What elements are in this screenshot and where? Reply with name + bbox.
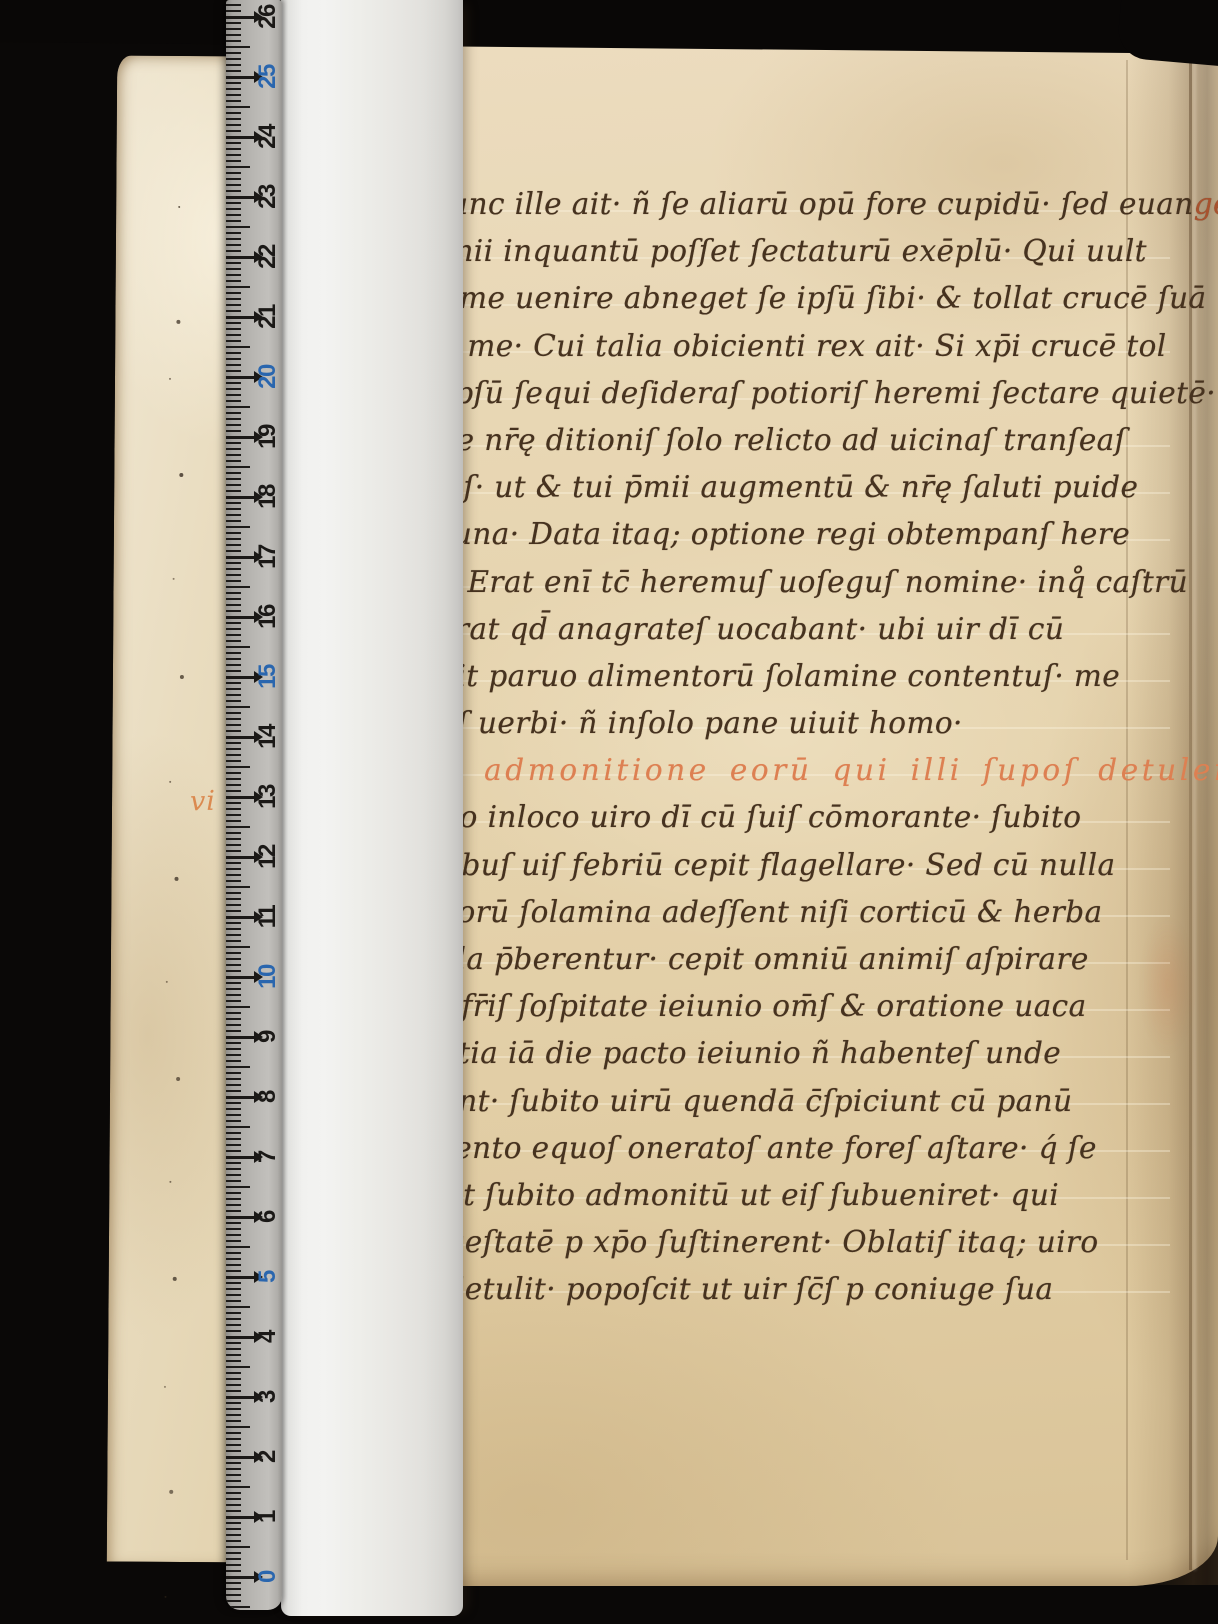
manuscript-line: ibula p̄berentur· cepit omniū animiſ aſp…	[408, 936, 1218, 983]
ruler-cm-label: 0	[254, 1563, 282, 1591]
manuscript-line: eit· Erat enī tc̄ heremuſ uoſeguſ nomine…	[408, 559, 1218, 606]
ruler-cm-label: 2	[254, 1443, 282, 1471]
ruler-cm-label: 9	[254, 1023, 282, 1051]
ruler-cm-tick	[226, 16, 255, 19]
manuscript-text: ſ·Tunc ille ait· ñ ſe aliarū opū fore cu…	[408, 181, 1218, 1314]
manuscript-line: Tertia iā die pacto ieiunio ñ habenteſ u…	[408, 1030, 1218, 1077]
manuscript-line: efr̄ibuſ uiſ febriū cepit flagellare· Se…	[408, 842, 1218, 889]
ruler-cm-label: 3	[254, 1383, 282, 1411]
manuscript-line: uat̄ me· Cui talia obicienti rex ait· Si…	[408, 323, 1218, 370]
ruler-cm-label: 24	[254, 123, 282, 151]
marginal-rubric-note: vi	[190, 786, 216, 817]
manuscript-line: ortuna· Data itaq; optione regi obtempan…	[408, 511, 1218, 558]
ruler-cm-label: 6	[254, 1203, 282, 1231]
manuscript-line: ū ne nr̄ę ditioniſ ſolo relicto ad uicin…	[408, 417, 1218, 464]
ruler-cm-label: 21	[254, 303, 282, 331]
manuscript-photo: ſ·Tunc ille ait· ñ ſe aliarū opū fore cu…	[0, 0, 1218, 1624]
manuscript-line: ergo inloco uiro dī cū ſuiſ cōmorante· ſ…	[408, 794, 1218, 841]
ruler-cm-tick	[226, 616, 255, 619]
ruler-cm-label: 23	[254, 183, 282, 211]
manuscript-line: ſ·Tunc ille ait· ñ ſe aliarū opū fore cu…	[408, 181, 1218, 228]
ruler-cm-tick	[226, 1216, 255, 1219]
ruler-cm-label: 10	[254, 963, 282, 991]
photo-background-top	[0, 0, 1218, 54]
ruler-cm-tick	[226, 1156, 255, 1159]
ruler-cm-tick	[226, 496, 255, 499]
ruler-cm-tick	[226, 1096, 255, 1099]
ruler-cm-label: 17	[254, 543, 282, 571]
ruler-cm-label: 7	[254, 1143, 282, 1171]
manuscript-line: emento equoſ oneratoſ ante foreſ aſtare·…	[408, 1125, 1218, 1172]
manuscript-line: ſedit paruo alimentorū ſolamine contentu…	[408, 653, 1218, 700]
ruler-cm-tick	[226, 256, 255, 259]
ruler-cm-tick	[226, 376, 255, 379]
ruler-cm-tick	[226, 76, 255, 79]
ruler-cm-tick	[226, 736, 255, 739]
ruler-cm-label: 13	[254, 783, 282, 811]
ruler-cm-label: 11	[254, 903, 282, 931]
ruler-cm-label: 25	[254, 63, 282, 91]
ruler-cm-label: 22	[254, 243, 282, 271]
ruler-cm-tick	[226, 1396, 255, 1399]
ruler-cm-tick	[226, 1576, 255, 1579]
ruler-cm-tick	[226, 916, 255, 919]
ruler-cm-tick	[226, 316, 255, 319]
ruler-cm-label: 14	[254, 723, 282, 751]
ruler-cm-tick	[226, 1336, 255, 1339]
ruler-cm-label: 1	[254, 1503, 282, 1531]
ruler-cm-tick	[226, 1036, 255, 1039]
ruler-cm-label: 16	[254, 603, 282, 631]
ruler-cm-tick	[226, 976, 255, 979]
manuscript-line: ſconii inquantū poſſet ſectaturū exēplū·…	[408, 228, 1218, 275]
manuscript-line: entorū ſolamina adeſſent niſi corticū & …	[408, 889, 1218, 936]
ruler-cm-tick	[226, 1456, 255, 1459]
ruler-cm-tick	[226, 196, 255, 199]
manuscript-line: erent· ſubito uirū quendā c̄ſpiciunt cū …	[408, 1078, 1218, 1125]
manuscript-line: oneſ· ut & tui p̄mii augmentū & nr̄ę ſal…	[408, 464, 1218, 511]
red-ink-word-ending: ge	[1194, 187, 1218, 221]
sewing-holes	[178, 206, 180, 208]
paper-roll-weight	[281, 0, 463, 1616]
manuscript-line: & ipſū ſequi deſideraſ potioriſ heremi ſ…	[408, 370, 1218, 417]
ruler-cm-tick	[226, 856, 255, 859]
ruler-cm-tick	[226, 1276, 255, 1279]
measuring-ruler: 0123456789101112131415161718192021222324…	[226, 0, 282, 1610]
ruler-cm-label: 20	[254, 363, 282, 391]
manuscript-line: ię detulit· popoſcit ut uir ſc̄ſ p coniu…	[408, 1266, 1218, 1313]
ruler-cm-label: 8	[254, 1083, 282, 1111]
ruler-cm-tick	[226, 436, 255, 439]
rubric-line: ) ē admonitione eorū qui illi ſupoſ detu…	[408, 747, 1218, 794]
ruler-cm-tick	[226, 1516, 255, 1519]
ruler-cm-tick	[226, 676, 255, 679]
manuscript-line: ū erat qd̄ anagrateſ uocabant· ubi uir d…	[408, 606, 1218, 653]
ruler-cm-label: 18	[254, 483, 282, 511]
manuscript-line: gri fr̄iſ ſoſpitate ieiunio om̄ſ & orati…	[408, 983, 1218, 1030]
ruler-cm-label: 19	[254, 423, 282, 451]
ruler-cm-label: 5	[254, 1263, 282, 1291]
ruler-cm-label: 26	[254, 3, 282, 31]
ruler-cm-tick	[226, 556, 255, 559]
ruler-cm-label: 4	[254, 1323, 282, 1351]
manuscript-line: lliuſ uerbi· ñ inſolo pane uiuit homo·	[408, 700, 1218, 747]
ruler-cm-label: 12	[254, 843, 282, 871]
manuscript-line: it p̄me uenire abneget ſe ipſū ſibi· & t…	[408, 275, 1218, 322]
ruler-cm-tick	[226, 796, 255, 799]
ruler-cm-label: 15	[254, 663, 282, 691]
manuscript-line: ī egeſtatē p xp̄o ſuſtinerent· Oblatiſ i…	[408, 1219, 1218, 1266]
manuscript-line: ebat ſubito admonitū ut eiſ ſubueniret· …	[408, 1172, 1218, 1219]
ruler-cm-tick	[226, 136, 255, 139]
